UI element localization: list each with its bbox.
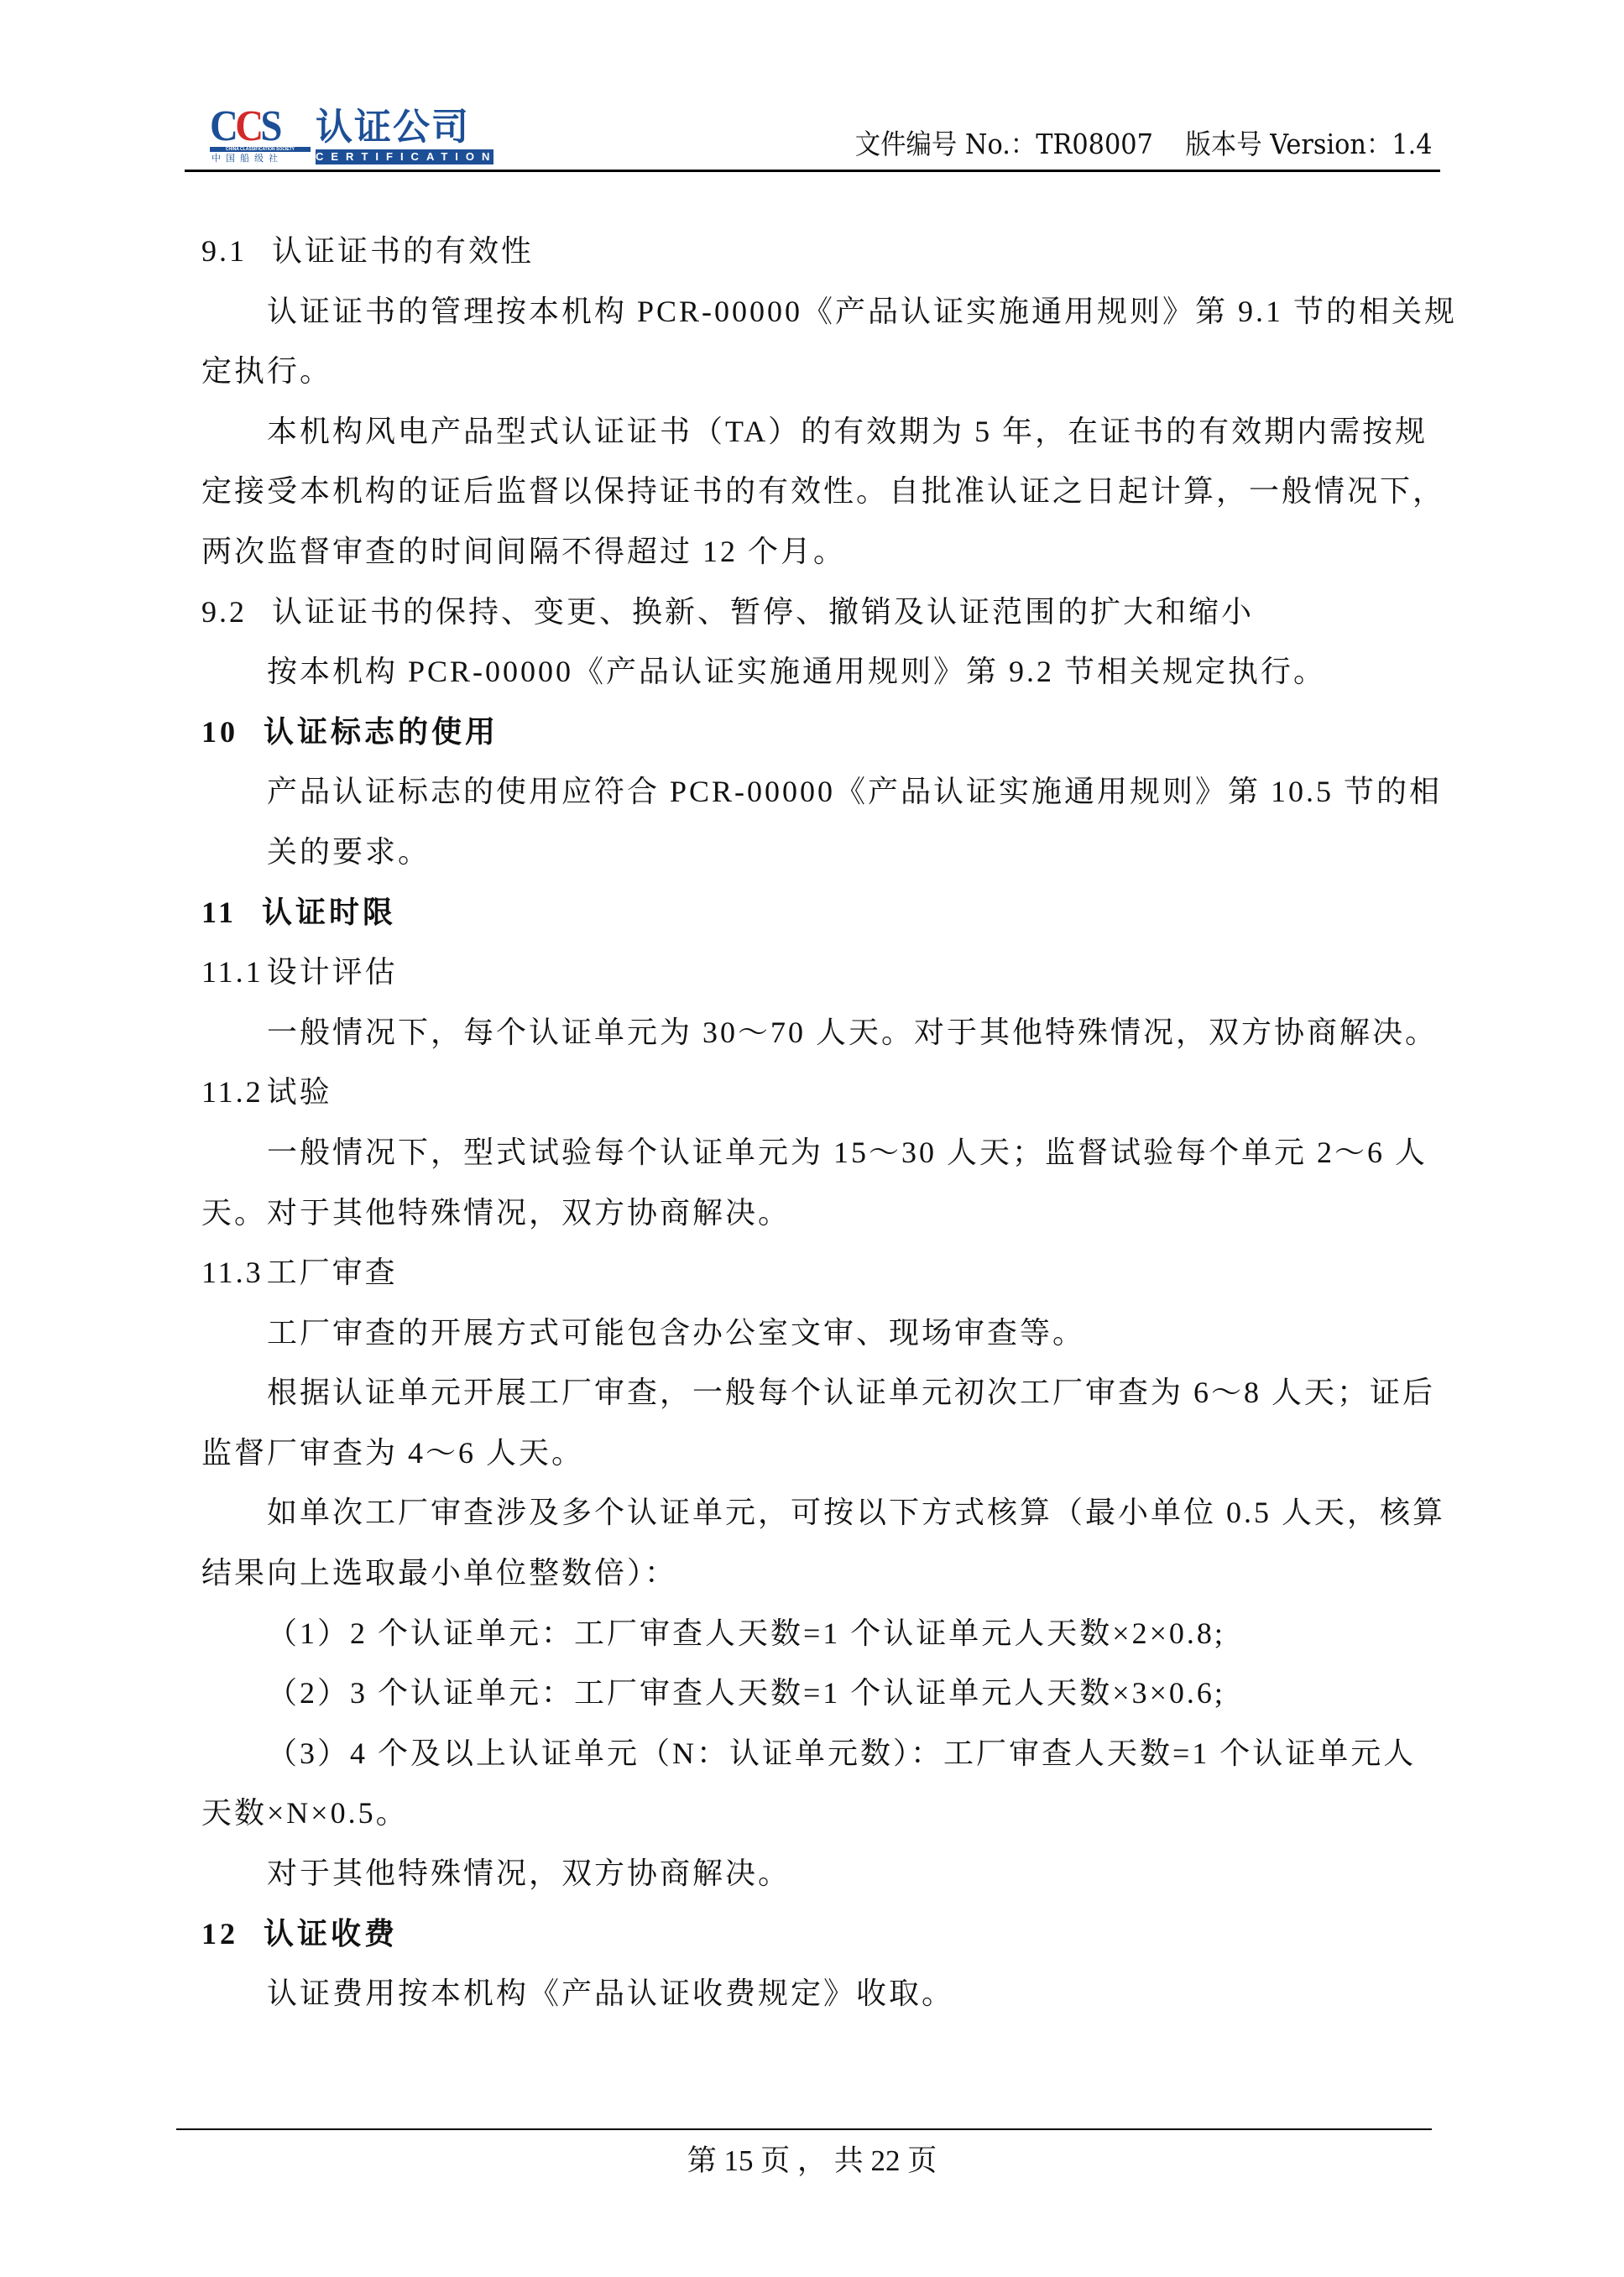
section-number: 10 [201, 715, 238, 749]
line-text: 认证费用按本机构《产品认证收费规定》收取。 [267, 1977, 954, 2010]
line-text: 工厂审查 [267, 1256, 398, 1289]
paragraph-line: 工厂审查的开展方式可能包含办公室文审、现场审查等。 [201, 1303, 1427, 1364]
line-text: 定执行。 [201, 354, 332, 388]
line-text: 定接受本机构的证后监督以保持证书的有效性。自批准认证之日起计算，一般情况下， [201, 474, 1445, 508]
logo-letter: S [260, 102, 279, 150]
section-heading: 12认证收费 [201, 1904, 1427, 1965]
document-number-version: 文件编号 No.：TR08007 版本号 Version：1.4 [855, 126, 1433, 163]
paragraph-line: 一般情况下，型式试验每个认证单元为 15～30 人天；监督试验每个单元 2～6 … [201, 1123, 1427, 1183]
line-text: 认证证书的管理按本机构 PCR-00000《产品认证实施通用规则》第 9.1 节… [267, 295, 1457, 328]
subsection-heading: 11.2试验 [201, 1063, 1427, 1123]
logo-society-en: CHINA CLASSIFICATION SOCIETY [210, 147, 311, 152]
paragraph-line: 认证证书的管理按本机构 PCR-00000《产品认证实施通用规则》第 9.1 节… [201, 282, 1427, 342]
line-text: 认证证书的有效性 [272, 234, 534, 268]
line-text: （2）3 个认证单元：工厂审查人天数=1 个认证单元人天数×3×0.6; [267, 1676, 1225, 1710]
paragraph-line: 对于其他特殊情况，双方协商解决。 [201, 1844, 1427, 1904]
paragraph-line: （2）3 个认证单元：工厂审查人天数=1 个认证单元人天数×3×0.6; [201, 1663, 1427, 1724]
section-number: 11.3 [201, 1256, 264, 1289]
line-text: 根据认证单元开展工厂审查，一般每个认证单元初次工厂审查为 6～8 人天；证后 [267, 1376, 1435, 1409]
logo-letter: C [235, 102, 260, 150]
line-text: 认证收费 [264, 1917, 398, 1951]
subsection-heading: 9.1认证证书的有效性 [201, 222, 1427, 282]
logo-certification-band: CERTIFICATION [316, 149, 493, 165]
line-text: 认证证书的保持、变更、换新、暂停、撤销及认证范围的扩大和缩小 [272, 595, 1254, 629]
section-heading: 10认证标志的使用 [201, 702, 1427, 763]
line-text: 设计评估 [267, 955, 398, 989]
section-number: 9.1 [201, 234, 247, 268]
line-text: 两次监督审查的时间间隔不得超过 12 个月。 [201, 535, 846, 568]
line-text: 产品认证标志的使用应符合 PCR-00000《产品认证实施通用规则》第 10.5… [267, 775, 1442, 808]
line-text: 认证标志的使用 [264, 715, 499, 749]
logo-ccs-mark: CCS [210, 107, 302, 146]
section-number: 9.2 [201, 595, 247, 629]
paragraph-line: 认证费用按本机构《产品认证收费规定》收取。 [201, 1964, 1427, 2024]
paragraph-line: 定接受本机构的证后监督以保持证书的有效性。自批准认证之日起计算，一般情况下， [201, 462, 1427, 522]
line-text: 关的要求。 [267, 835, 431, 869]
section-number: 11 [201, 896, 237, 929]
paragraph-line: 结果向上选取最小单位整数倍）： [201, 1543, 1427, 1604]
line-text: 监督厂审查为 4～6 人天。 [201, 1436, 584, 1470]
line-text: 如单次工厂审查涉及多个认证单元，可按以下方式核算（最小单位 0.5 人天，核算 [267, 1496, 1445, 1529]
subsection-heading: 11.1设计评估 [201, 943, 1427, 1003]
line-text: （1）2 个认证单元：工厂审查人天数=1 个认证单元人天数×2×0.8; [267, 1616, 1225, 1650]
section-number: 12 [201, 1917, 238, 1951]
paragraph-line: 产品认证标志的使用应符合 PCR-00000《产品认证实施通用规则》第 10.5… [201, 762, 1427, 823]
paragraph-line: 关的要求。 [201, 823, 1427, 883]
paragraph-line: 根据认证单元开展工厂审查，一般每个认证单元初次工厂审查为 6～8 人天；证后 [201, 1363, 1427, 1423]
page-number: 第 15 页 ， 共 22 页 [0, 2143, 1624, 2180]
line-text: 一般情况下，型式试验每个认证单元为 15～30 人天；监督试验每个单元 2～6 … [267, 1136, 1428, 1169]
header-divider [185, 170, 1440, 172]
ccs-certification-logo: CCS CHINA CLASSIFICATION SOCIETY 中国船级社 认… [210, 107, 495, 165]
logo-letter: C [210, 102, 235, 150]
paragraph-line: 天。对于其他特殊情况，双方协商解决。 [201, 1183, 1427, 1244]
line-text: 本机构风电产品型式认证证书（TA）的有效期为 5 年，在证书的有效期内需按规 [267, 415, 1428, 448]
section-number: 11.2 [201, 1075, 264, 1109]
paragraph-line: 如单次工厂审查涉及多个认证单元，可按以下方式核算（最小单位 0.5 人天，核算 [201, 1483, 1427, 1543]
subsection-heading: 9.2认证证书的保持、变更、换新、暂停、撤销及认证范围的扩大和缩小 [201, 582, 1427, 643]
paragraph-line: 本机构风电产品型式认证证书（TA）的有效期为 5 年，在证书的有效期内需按规 [201, 402, 1427, 462]
section-heading: 11认证时限 [201, 883, 1427, 943]
logo-company-cn: 认证公司 [316, 107, 470, 148]
paragraph-line: 按本机构 PCR-00000《产品认证实施通用规则》第 9.2 节相关规定执行。 [201, 642, 1427, 702]
document-body: 9.1认证证书的有效性认证证书的管理按本机构 PCR-00000《产品认证实施通… [201, 222, 1427, 2024]
line-text: 一般情况下，每个认证单元为 30～70 人天。对于其他特殊情况，双方协商解决。 [267, 1016, 1438, 1049]
footer-divider [176, 2128, 1432, 2130]
line-text: 按本机构 PCR-00000《产品认证实施通用规则》第 9.2 节相关规定执行。 [267, 655, 1326, 688]
paragraph-line: 一般情况下，每个认证单元为 30～70 人天。对于其他特殊情况，双方协商解决。 [201, 1003, 1427, 1063]
line-text: 结果向上选取最小单位整数倍）： [201, 1556, 677, 1590]
line-text: 对于其他特殊情况，双方协商解决。 [267, 1857, 791, 1890]
paragraph-line: 监督厂审查为 4～6 人天。 [201, 1423, 1427, 1484]
paragraph-line: （3）4 个及以上认证单元（N：认证单元数）：工厂审查人天数=1 个认证单元人 [201, 1724, 1427, 1784]
line-text: 工厂审查的开展方式可能包含办公室文审、现场审查等。 [267, 1316, 1085, 1350]
line-text: 天数×N×0.5。 [201, 1796, 409, 1830]
line-text: 天。对于其他特殊情况，双方协商解决。 [201, 1196, 791, 1230]
section-number: 11.1 [201, 955, 264, 989]
subsection-heading: 11.3工厂审查 [201, 1243, 1427, 1303]
paragraph-line: 天数×N×0.5。 [201, 1783, 1427, 1844]
paragraph-line: （1）2 个认证单元：工厂审查人天数=1 个认证单元人天数×2×0.8; [201, 1604, 1427, 1664]
paragraph-line: 定执行。 [201, 342, 1427, 402]
line-text: 试验 [267, 1075, 332, 1109]
logo-society-cn: 中国船级社 [211, 153, 283, 165]
line-text: （3）4 个及以上认证单元（N：认证单元数）：工厂审查人天数=1 个认证单元人 [267, 1736, 1416, 1770]
line-text: 认证时限 [262, 896, 396, 929]
paragraph-line: 两次监督审查的时间间隔不得超过 12 个月。 [201, 522, 1427, 582]
